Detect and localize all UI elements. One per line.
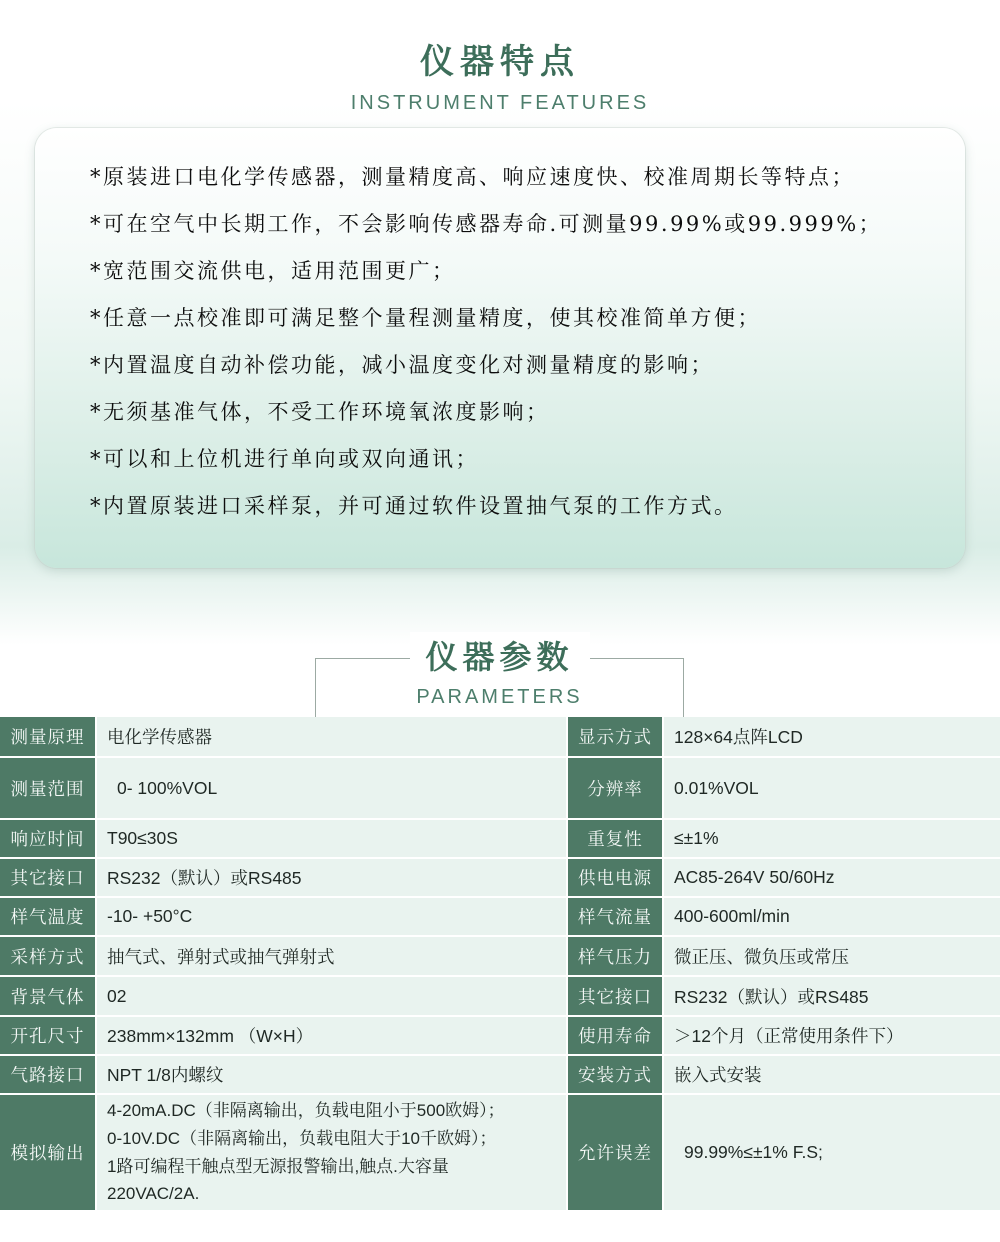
feature-item: *原装进口电化学传感器，测量精度高、响应速度快、校准周期长等特点； (90, 154, 935, 201)
spec-value-cell: 抽气式、弹射式或抽气弹射式 (97, 937, 566, 975)
product-spec-page: 仪器特点 INSTRUMENT FEATURES *原装进口电化学传感器，测量精… (0, 0, 1000, 1242)
spec-label-cell: 样气流量 (568, 898, 662, 935)
spec-value-cell: ≤±1% (664, 820, 1000, 857)
spec-label-cell: 测量范围 (0, 758, 95, 818)
spec-label-cell: 其它接口 (0, 859, 95, 896)
spec-value-cell: 微正压、微负压或常压 (664, 937, 1000, 975)
params-header-box: 仪器参数 PARAMETERS (315, 658, 684, 717)
spec-label-cell: 显示方式 (568, 717, 662, 756)
spec-value-cell: -10- +50°C (97, 898, 566, 935)
feature-item: *内置原装进口采样泵，并可通过软件设置抽气泵的工作方式。 (90, 483, 935, 530)
spec-value-cell: T90≤30S (97, 820, 566, 857)
spec-value-cell: 0.01%VOL (664, 758, 1000, 818)
spec-value-cell: 02 (97, 977, 566, 1015)
spec-table: 测量原理 电化学传感器 显示方式 128×64点阵LCD 测量范围 0- 100… (0, 717, 1000, 1210)
params-title: 仪器参数 (409, 632, 589, 682)
features-subtitle: INSTRUMENT FEATURES (0, 92, 1000, 115)
spec-label-cell: 响应时间 (0, 820, 95, 857)
spec-value-cell: 99.99%≤±1% F.S; (664, 1095, 1000, 1210)
spec-label-cell: 安装方式 (568, 1056, 662, 1093)
spec-value-cell: 400-600ml/min (664, 898, 1000, 935)
spec-label-cell: 其它接口 (568, 977, 662, 1015)
feature-item: *宽范围交流供电，适用范围更广； (90, 248, 935, 295)
spec-label-cell: 测量原理 (0, 717, 95, 756)
params-subtitle: PARAMETERS (316, 686, 683, 709)
feature-item: *可以和上位机进行单向或双向通讯； (90, 436, 935, 483)
spec-label-cell: 开孔尺寸 (0, 1017, 95, 1054)
spec-value-cell: NPT 1/8内螺纹 (97, 1056, 566, 1093)
feature-item: *可在空气中长期工作，不会影响传感器寿命.可测量99.99%或99.999%； (90, 201, 935, 248)
spec-value-cell: 嵌入式安装 (664, 1056, 1000, 1093)
spec-label-cell: 样气温度 (0, 898, 95, 935)
spec-value-cell: 0- 100%VOL (97, 758, 566, 818)
spec-value-cell: 238mm×132mm （W×H） (97, 1017, 566, 1054)
spec-label-cell: 背景气体 (0, 977, 95, 1015)
spec-value-cell: 4-20mA.DC（非隔离输出，负载电阻小于500欧姆）； 0-10V.DC（非… (97, 1095, 566, 1210)
spec-label-cell: 模拟输出 (0, 1095, 95, 1210)
feature-item: *任意一点校准即可满足整个量程测量精度，使其校准简单方便； (90, 295, 935, 342)
spec-value-cell: AC85-264V 50/60Hz (664, 859, 1000, 896)
features-box: *原装进口电化学传感器，测量精度高、响应速度快、校准周期长等特点； *可在空气中… (35, 128, 965, 568)
spec-label-cell: 采样方式 (0, 937, 95, 975)
spec-value-cell: 128×64点阵LCD (664, 717, 1000, 756)
spec-value-cell: RS232（默认）或RS485 (97, 859, 566, 896)
feature-item: *内置温度自动补偿功能，减小温度变化对测量精度的影响； (90, 342, 935, 389)
spec-label-cell: 允许误差 (568, 1095, 662, 1210)
spec-label-cell: 分辨率 (568, 758, 662, 818)
spec-label-cell: 样气压力 (568, 937, 662, 975)
feature-item: *无须基准气体，不受工作环境氧浓度影响； (90, 389, 935, 436)
spec-value-cell: ＞12个月（正常使用条件下） (664, 1017, 1000, 1054)
spec-label-cell: 供电电源 (568, 859, 662, 896)
spec-label-cell: 重复性 (568, 820, 662, 857)
features-header: 仪器特点 INSTRUMENT FEATURES (0, 34, 1000, 115)
spec-label-cell: 使用寿命 (568, 1017, 662, 1054)
features-title: 仪器特点 (0, 34, 1000, 83)
spec-value-cell: 电化学传感器 (97, 717, 566, 756)
spec-value-cell: RS232（默认）或RS485 (664, 977, 1000, 1015)
spec-label-cell: 气路接口 (0, 1056, 95, 1093)
